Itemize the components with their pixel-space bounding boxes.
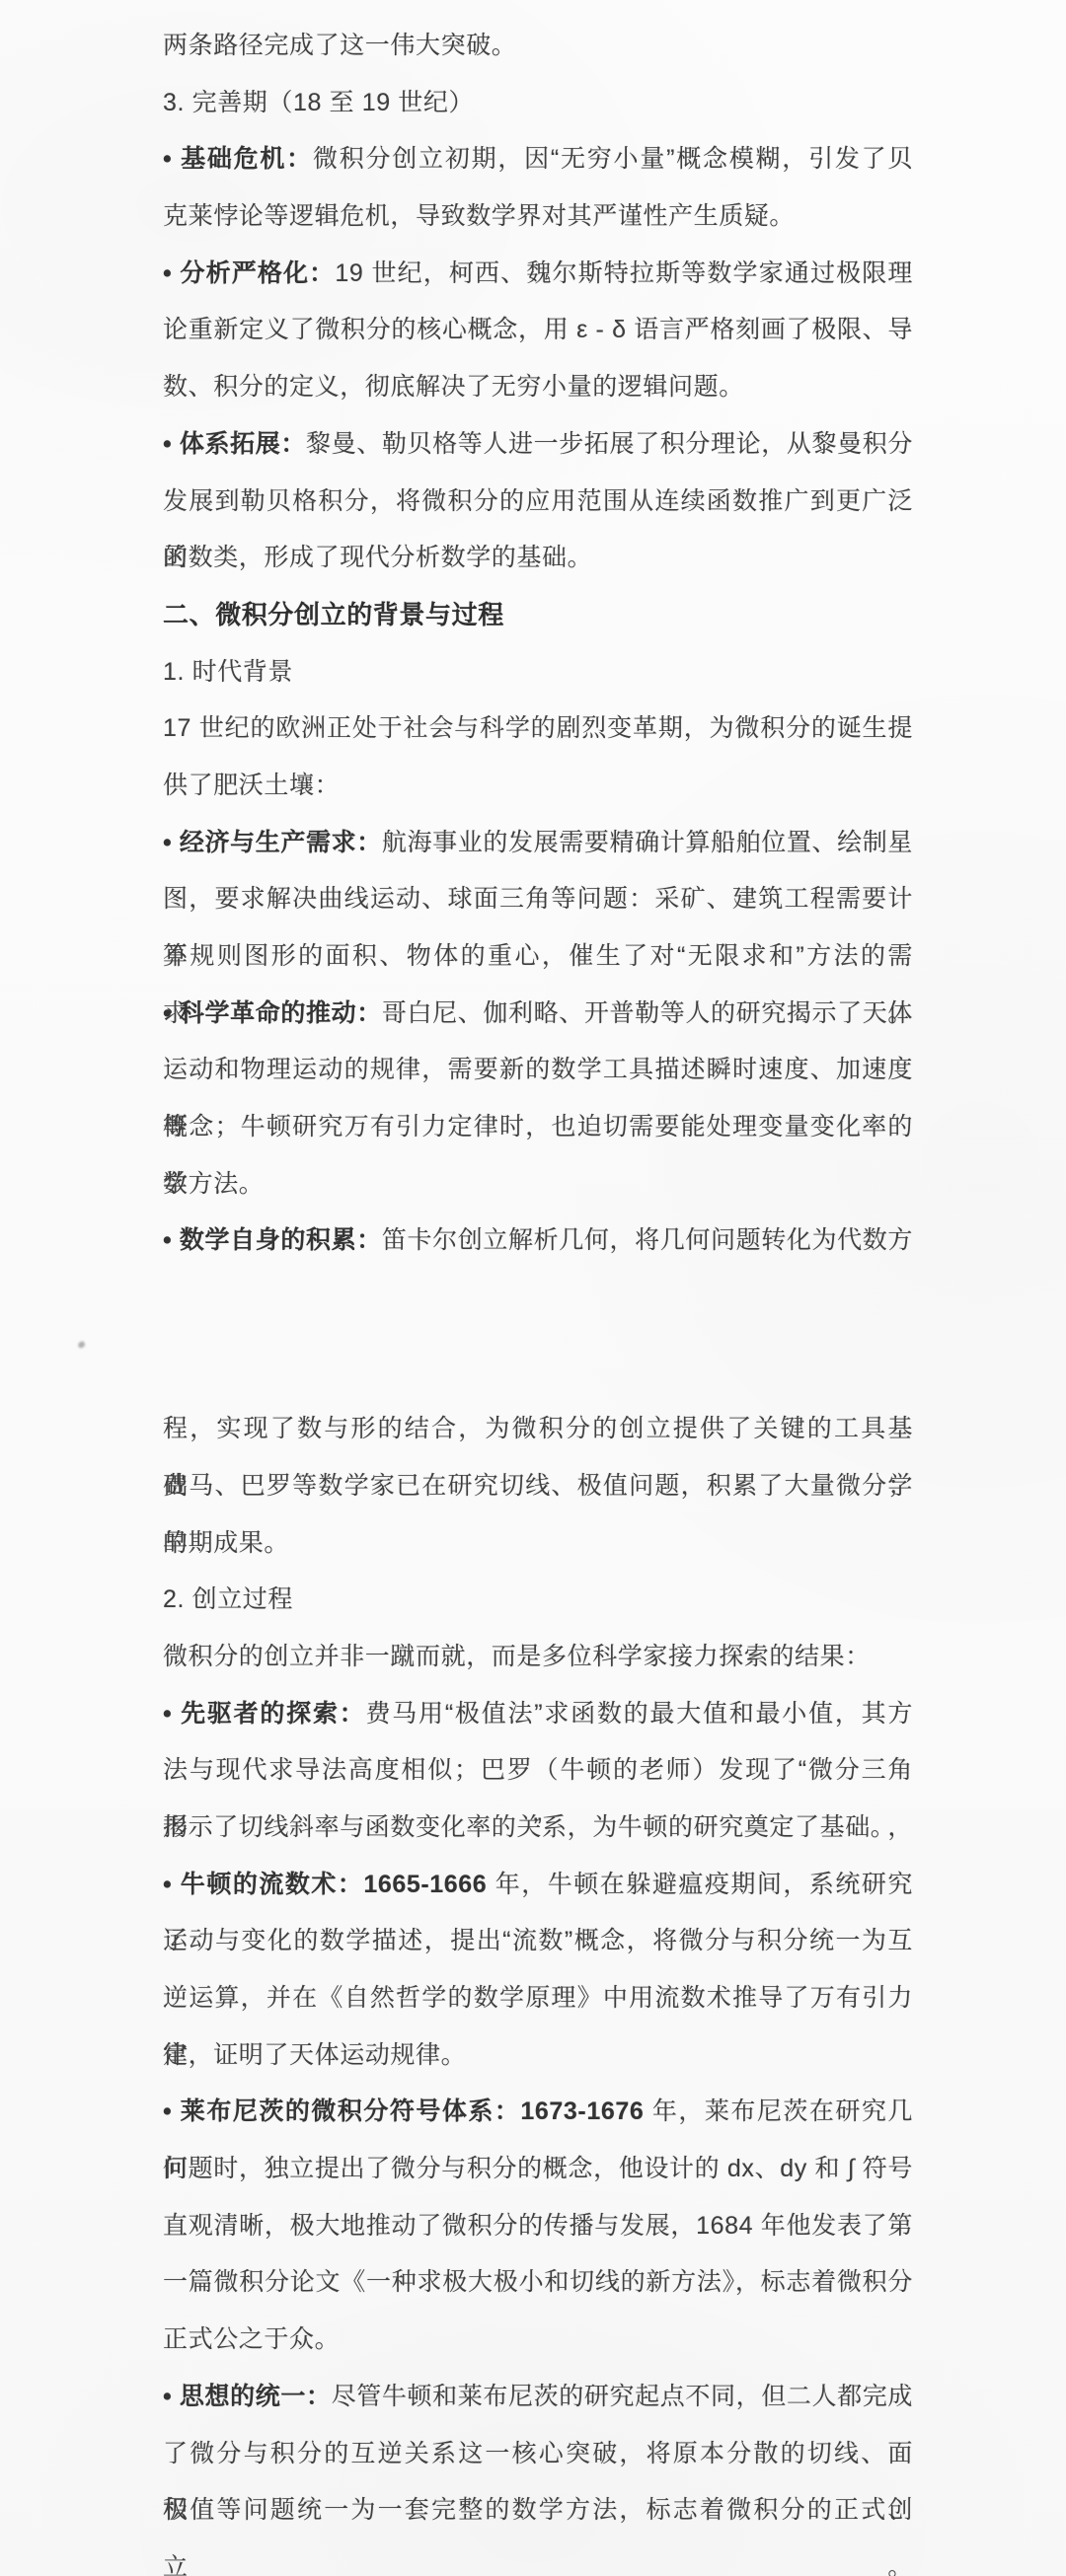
line-text-segment: 直观清晰，极大地推动了微积分的传播与发展，1684 年他发表了第 — [163, 2212, 913, 2240]
bullet-line: • 分析严格化：19 世纪，柯西、魏尔斯特拉斯等数学家通过极限理 — [163, 246, 913, 303]
bullet-line: • 数学自身的积累：笛卡尔创立解析几何，将几何问题转化为代数方 — [163, 1213, 913, 1270]
text-line: 数、积分的定义，彻底解决了无穷小量的逻辑问题。 — [163, 359, 913, 416]
text-line: 两条路径完成了这一伟大突破。 — [163, 18, 913, 75]
line-text-segment: 一篇微积分论文《一种求极大极小和切线的新方法》，标志着微积分 — [163, 2268, 913, 2296]
line-text-segment: 揭示了切线斜率与函数变化率的关系，为牛顿的研究奠定了基础。 — [163, 1813, 895, 1841]
line-bold-segment: • 先驱者的探索： — [163, 1700, 366, 1728]
line-bold-segment: • 科学革命的推动： — [163, 999, 382, 1027]
text-line: 问题时，独立提出了微分与积分的概念，他设计的 dx、dy 和 ∫ 符号 — [163, 2141, 913, 2198]
line-text-segment: 律，证明了天体运动规律。 — [163, 2041, 466, 2069]
text-line: 程，实现了数与形的结合，为微积分的创立提供了关键的工具基础； — [163, 1401, 913, 1458]
text-line: 学方法。 — [163, 1156, 913, 1214]
line-text-segment: 17 世纪的欧洲正处于社会与科学的剧烈变革期，为微积分的诞生提 — [163, 714, 913, 742]
section-heading: 2. 创立过程 — [163, 1572, 913, 1629]
bullet-line: • 思想的统一：尽管牛顿和莱布尼茨的研究起点不同，但二人都完成 — [163, 2369, 913, 2426]
bullet-line: • 先驱者的探索：费马用“极值法”求函数的最大值和最小值，其方 — [163, 1686, 913, 1743]
line-text-segment: 1. 时代背景 — [163, 658, 293, 686]
line-bold-segment: • 分析严格化： — [163, 259, 335, 287]
line-text-segment: 笛卡尔创立解析几何，将几何问题转化为代数方 — [382, 1226, 913, 1254]
line-text-segment: 问题时，独立提出了微分与积分的概念，他设计的 dx、dy 和 ∫ 符号 — [163, 2155, 913, 2182]
line-text-segment: 黎曼、勒贝格等人进一步拓展了积分理论，从黎曼积分 — [306, 430, 913, 458]
line-text-segment: 微积分创立初期，因“无穷小量”概念模糊，引发了贝 — [313, 145, 913, 173]
bullet-line: • 莱布尼茨的微积分符号体系：1673-1676 年，莱布尼茨在研究几何 — [163, 2084, 913, 2141]
text-line: 克莱悖论等逻辑危机，导致数学界对其严谨性产生质疑。 — [163, 188, 913, 246]
section-heading: 1. 时代背景 — [163, 644, 913, 701]
line-text-segment: 克莱悖论等逻辑危机，导致数学界对其严谨性产生质疑。 — [163, 202, 795, 230]
line-text-segment: 供了肥沃土壤： — [163, 772, 340, 799]
text-line: 法与现代求导法高度相似；巴罗（牛顿的老师）发现了“微分三角形”， — [163, 1742, 913, 1800]
text-line: 图，要求解决曲线运动、球面三角等问题：采矿、建筑工程需要计算 — [163, 871, 913, 928]
text-line: 发展到勒贝格积分，将微积分的应用范围从连续函数推广到更广泛的 — [163, 474, 913, 531]
line-text-segment: 尽管牛顿和莱布尼茨的研究起点不同，但二人都完成 — [332, 2383, 913, 2410]
line-text-segment: 费马用“极值法”求函数的最大值和最小值，其方 — [366, 1700, 914, 1728]
section-heading: 3. 完善期（18 至 19 世纪） — [163, 75, 913, 132]
document-text-block: 两条路径完成了这一伟大突破。 3. 完善期（18 至 19 世纪） • 基础危机… — [163, 18, 913, 2539]
text-line: 极值等问题统一为一套完整的数学方法，标志着微积分的正式创立。 — [163, 2482, 913, 2539]
line-text-segment: 函数类，形成了现代分析数学的基础。 — [163, 544, 592, 571]
line-bold-segment: • 体系拓展： — [163, 430, 306, 458]
line-text-segment: 航海事业的发展需要精确计算船舶位置、绘制星 — [382, 829, 913, 856]
text-line: 运动和物理运动的规律，需要新的数学工具描述瞬时速度、加速度等 — [163, 1042, 913, 1099]
line-bold-segment: • 思想的统一： — [163, 2383, 332, 2410]
line-bold-segment: • 基础危机： — [163, 145, 313, 173]
line-text-segment: 微积分的创立并非一蹴而就，而是多位科学家接力探索的结果： — [163, 1643, 871, 1670]
text-line: 论重新定义了微积分的核心概念，用 ε - δ 语言严格刻画了极限、导 — [163, 302, 913, 359]
chapter-heading: 二、微积分创立的背景与过程 — [163, 587, 913, 644]
line-text-segment: 哥白尼、伽利略、开普勒等人的研究揭示了天体 — [382, 999, 913, 1027]
bullet-line: • 经济与生产需求：航海事业的发展需要精确计算船舶位置、绘制星 — [163, 815, 913, 872]
line-bold-segment: • 莱布尼茨的微积分符号体系：1673-1676 — [163, 2098, 644, 2125]
text-line: 费马、巴罗等数学家已在研究切线、极值问题，积累了大量微分学的 — [163, 1458, 913, 1515]
line-text-segment: 2. 创立过程 — [163, 1585, 293, 1613]
line-text-segment: 3. 完善期（18 至 19 世纪） — [163, 89, 474, 116]
line-text-segment: 数、积分的定义，彻底解决了无穷小量的逻辑问题。 — [163, 373, 744, 401]
line-bold-segment: • 数学自身的积累： — [163, 1226, 382, 1254]
bullet-line: • 牛顿的流数术：1665-1666 年，牛顿在躲避瘟疫期间，系统研究了 — [163, 1857, 913, 1914]
text-line: 不规则图形的面积、物体的重心，催生了对“无限求和”方法的需求。 — [163, 928, 913, 986]
line-text-segment: 极值等问题统一为一套完整的数学方法，标志着微积分的正式创立。 — [163, 2496, 913, 2576]
text-line: 一篇微积分论文《一种求极大极小和切线的新方法》，标志着微积分 — [163, 2254, 913, 2312]
line-text-segment: 论重新定义了微积分的核心概念，用 ε - δ 语言严格刻画了极限、导 — [163, 316, 913, 343]
text-line: 供了肥沃土壤： — [163, 758, 913, 815]
line-text-segment: 学方法。 — [163, 1170, 264, 1198]
text-line: 逆运算，并在《自然哲学的数学原理》中用流数术推导了万有引力定 — [163, 1970, 913, 2027]
text-line: 揭示了切线斜率与函数变化率的关系，为牛顿的研究奠定了基础。 — [163, 1800, 913, 1857]
text-line: 直观清晰，极大地推动了微积分的传播与发展，1684 年他发表了第 — [163, 2198, 913, 2255]
document-page: 两条路径完成了这一伟大突破。 3. 完善期（18 至 19 世纪） • 基础危机… — [0, 0, 1066, 2576]
bullet-line: • 基础危机：微积分创立初期，因“无穷小量”概念模糊，引发了贝 — [163, 131, 913, 188]
text-line: 律，证明了天体运动规律。 — [163, 2027, 913, 2085]
text-line: 微积分的创立并非一蹴而就，而是多位科学家接力探索的结果： — [163, 1629, 913, 1686]
line-text-segment: 早期成果。 — [163, 1529, 289, 1557]
text-line: 17 世纪的欧洲正处于社会与科学的剧烈变革期，为微积分的诞生提 — [163, 700, 913, 758]
line-text-segment: 两条路径完成了这一伟大突破。 — [163, 32, 516, 59]
photo-artifact-speck — [77, 1341, 86, 1350]
line-bold-segment: • 经济与生产需求： — [163, 829, 382, 856]
text-line: 早期成果。 — [163, 1515, 913, 1573]
line-text-segment: 正式公之于众。 — [163, 2325, 340, 2353]
line-bold-segment: 二、微积分创立的背景与过程 — [163, 600, 504, 629]
text-line: 了微分与积分的互逆关系这一核心突破，将原本分散的切线、面积、 — [163, 2426, 913, 2483]
bullet-line: • 科学革命的推动：哥白尼、伽利略、开普勒等人的研究揭示了天体 — [163, 986, 913, 1043]
line-text-segment: 19 世纪，柯西、魏尔斯特拉斯等数学家通过极限理 — [335, 259, 913, 287]
bullet-line: • 体系拓展：黎曼、勒贝格等人进一步拓展了积分理论，从黎曼积分 — [163, 416, 913, 474]
line-text-segment: 运动与变化的数学描述，提出“流数”概念，将微分与积分统一为互 — [163, 1927, 913, 1954]
text-line: 运动与变化的数学描述，提出“流数”概念，将微分与积分统一为互 — [163, 1913, 913, 1970]
text-line: 概念；牛顿研究万有引力定律时，也迫切需要能处理变量变化率的数 — [163, 1099, 913, 1156]
line-bold-segment: • 牛顿的流数术：1665-1666 — [163, 1871, 487, 1898]
text-line: 函数类，形成了现代分析数学的基础。 — [163, 530, 913, 587]
text-line: 正式公之于众。 — [163, 2312, 913, 2369]
